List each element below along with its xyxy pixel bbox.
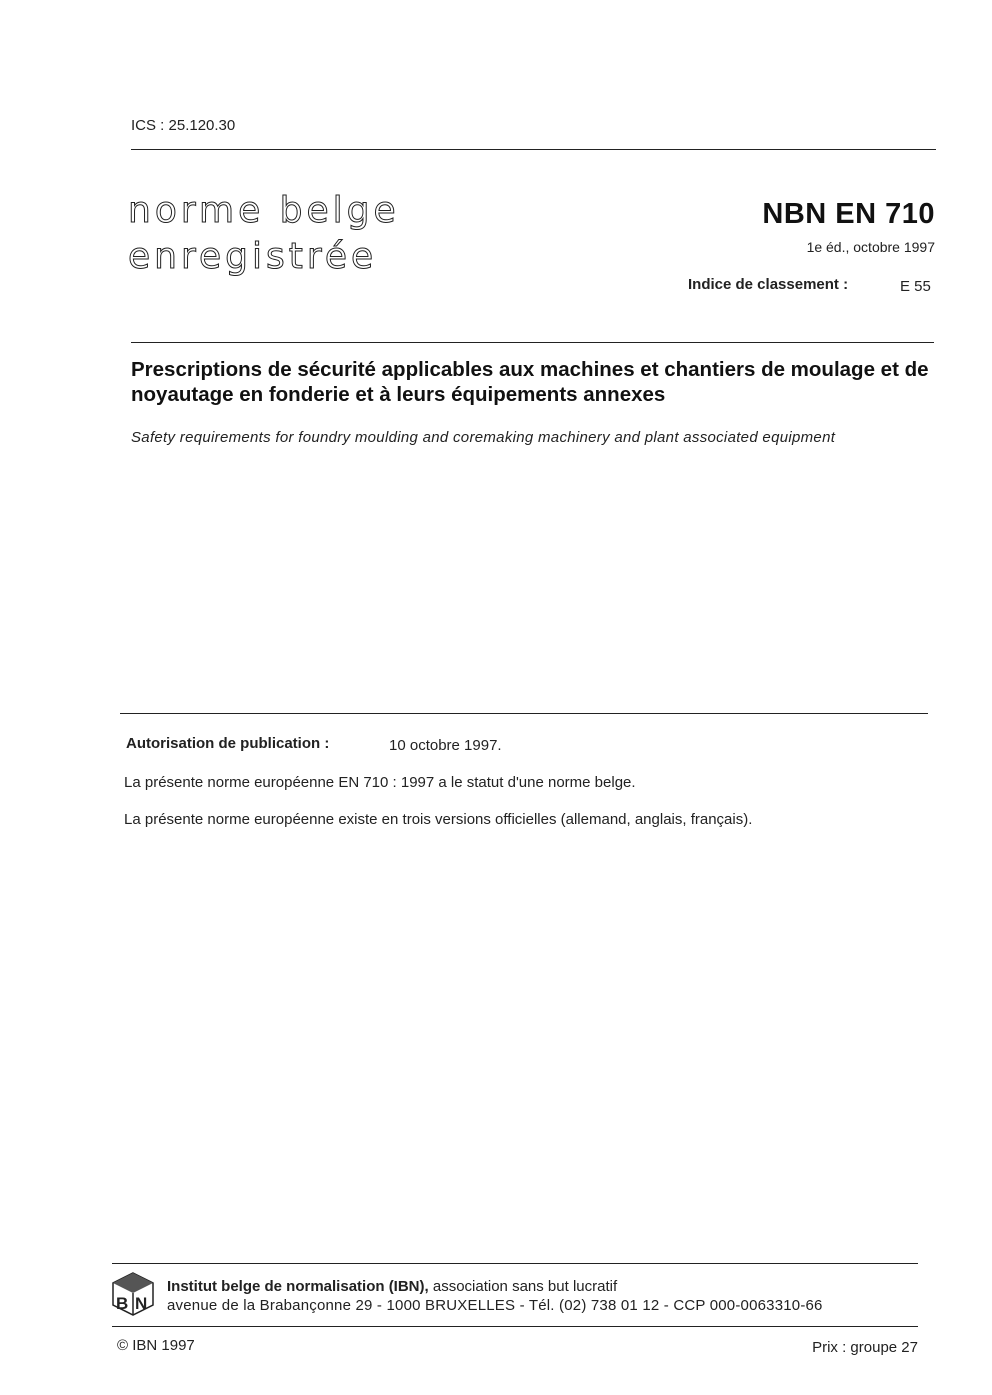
title-french: Prescriptions de sécurité applicables au… — [131, 357, 941, 407]
edition-date: 1e éd., octobre 1997 — [807, 239, 935, 255]
copyright: © IBN 1997 — [117, 1337, 195, 1354]
price-group: Prix : groupe 27 — [812, 1339, 918, 1356]
header-divider — [131, 149, 936, 150]
footer-top-divider — [112, 1263, 918, 1264]
title-divider — [131, 342, 934, 343]
classification-value: E 55 — [900, 278, 931, 295]
ibn-logo-icon: B N — [111, 1271, 155, 1317]
institute-line: Institut belge de normalisation (IBN), a… — [167, 1278, 617, 1295]
institute-address: avenue de la Brabançonne 29 - 1000 BRUXE… — [167, 1297, 823, 1314]
brand-line-2: enregistrée — [128, 236, 377, 277]
status-paragraph: La présente norme européenne EN 710 : 19… — [124, 774, 636, 791]
versions-paragraph: La présente norme européenne existe en t… — [124, 811, 752, 828]
ics-code: ICS : 25.120.30 — [131, 117, 235, 134]
institute-description: association sans but lucratif — [429, 1278, 617, 1295]
footer-bottom-divider — [112, 1326, 918, 1327]
svg-text:B: B — [116, 1294, 128, 1313]
publication-divider — [120, 713, 928, 714]
authorization-label: Autorisation de publication : — [126, 735, 329, 752]
svg-text:N: N — [135, 1294, 147, 1313]
brand-line-1: norme belge — [128, 190, 400, 231]
institute-name: Institut belge de normalisation (IBN), — [167, 1278, 429, 1295]
classification-label: Indice de classement : — [688, 276, 848, 293]
title-english: Safety requirements for foundry moulding… — [131, 429, 931, 447]
standard-number: NBN EN 710 — [762, 198, 935, 231]
authorization-date: 10 octobre 1997. — [389, 737, 502, 754]
